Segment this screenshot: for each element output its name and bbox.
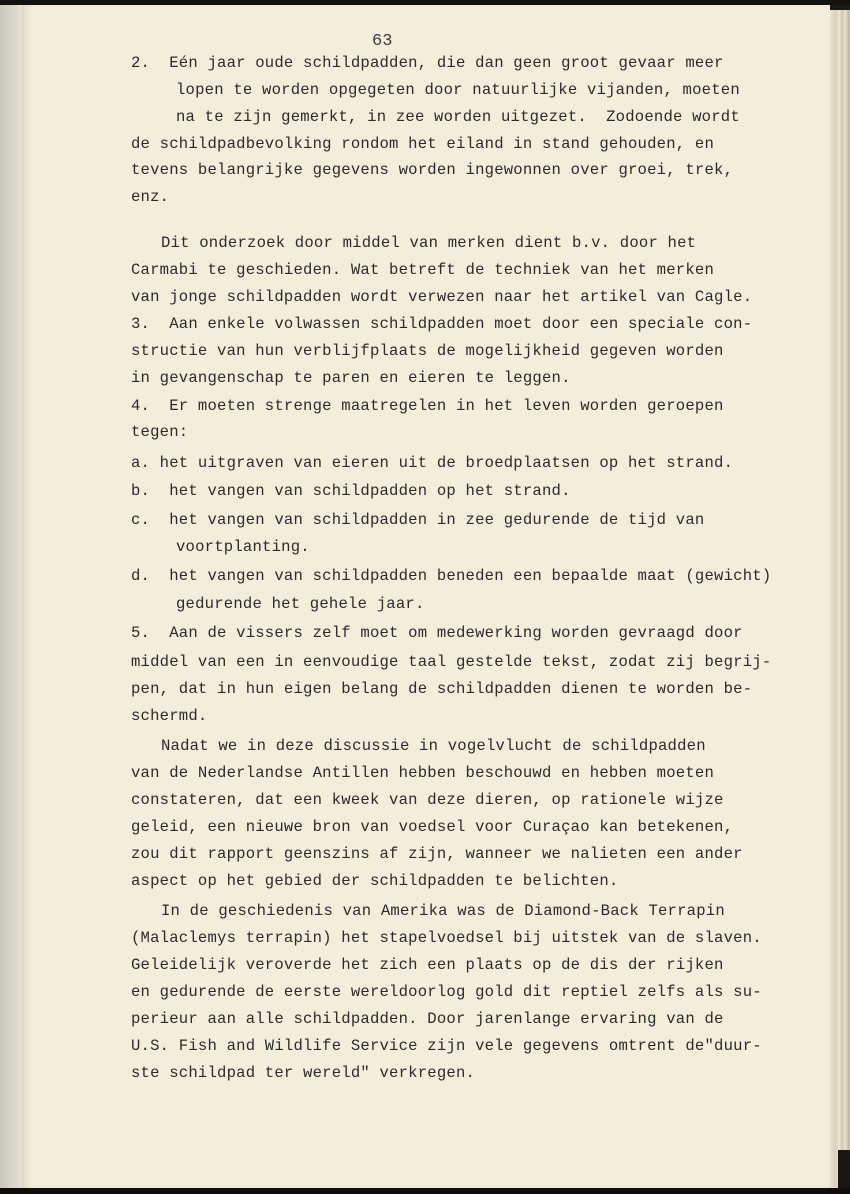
page-number: 63 xyxy=(372,32,392,51)
text-line: 2. Eén jaar oude schildpadden, die dan g… xyxy=(131,50,724,76)
text-line: a. het uitgraven van eieren uit de broed… xyxy=(131,450,733,476)
text-line: lopen te worden opgegeten door natuurlij… xyxy=(176,77,740,103)
text-line: schermd. xyxy=(131,703,207,729)
text-line: voortplanting. xyxy=(176,534,310,560)
text-line: de schildpadbevolking rondom het eiland … xyxy=(131,131,714,157)
text-line: 5. Aan de vissers zelf moet om medewerki… xyxy=(131,620,743,646)
text-line: c. het vangen van schildpadden in zee ge… xyxy=(131,507,704,533)
page-stack-shadow xyxy=(838,1150,850,1188)
text-line: Geleidelijk veroverde het zich een plaat… xyxy=(131,952,724,978)
text-line: Nadat we in deze discussie in vogelvluch… xyxy=(161,733,706,759)
text-line: Dit onderzoek door middel van merken die… xyxy=(161,230,696,256)
text-line: 3. Aan enkele volwassen schildpadden moe… xyxy=(131,311,752,337)
text-line: in gevangenschap te paren en eieren te l… xyxy=(131,365,571,391)
binding-gutter xyxy=(0,5,22,1188)
text-line: d. het vangen van schildpadden beneden e… xyxy=(131,563,771,589)
text-line: tegen: xyxy=(131,419,188,445)
text-line: ste schildpad ter wereld" verkregen. xyxy=(131,1060,475,1086)
text-line: Carmabi te geschieden. Wat betreft de te… xyxy=(131,257,714,283)
text-line: zou dit rapport geenszins af zijn, wanne… xyxy=(131,841,743,867)
text-line: geleid, een nieuwe bron van voedsel voor… xyxy=(131,814,733,840)
scan-bottom-border xyxy=(0,1188,850,1194)
text-line: van de Nederlandse Antillen hebben besch… xyxy=(131,760,714,786)
text-line: van jonge schildpadden wordt verwezen na… xyxy=(131,284,752,310)
text-line: structie van hun verblijfplaats de mogel… xyxy=(131,338,724,364)
text-line: constateren, dat een kweek van deze dier… xyxy=(131,787,724,813)
text-line: en gedurende de eerste wereldoorlog gold… xyxy=(131,979,762,1005)
text-line: perieur aan alle schildpadden. Door jare… xyxy=(131,1006,724,1032)
text-line: aspect op het gebied der schildpadden te… xyxy=(131,868,618,894)
text-line: na te zijn gemerkt, in zee worden uitgez… xyxy=(176,104,740,130)
text-line: U.S. Fish and Wildlife Service zijn vele… xyxy=(131,1033,762,1059)
text-line: enz. xyxy=(131,184,169,210)
text-line: pen, dat in hun eigen belang de schildpa… xyxy=(131,676,752,702)
text-line: In de geschiedenis van Amerika was de Di… xyxy=(161,898,725,924)
text-line: middel van een in eenvoudige taal gestel… xyxy=(131,649,771,675)
text-line: gedurende het gehele jaar. xyxy=(176,591,425,617)
text-line: 4. Er moeten strenge maatregelen in het … xyxy=(131,393,724,419)
text-line: tevens belangrijke gegevens worden ingew… xyxy=(131,157,733,183)
text-line: (Malaclemys terrapin) het stapelvoedsel … xyxy=(131,925,762,951)
text-line: b. het vangen van schildpadden op het st… xyxy=(131,478,571,504)
page-stack-edge xyxy=(830,10,850,1188)
